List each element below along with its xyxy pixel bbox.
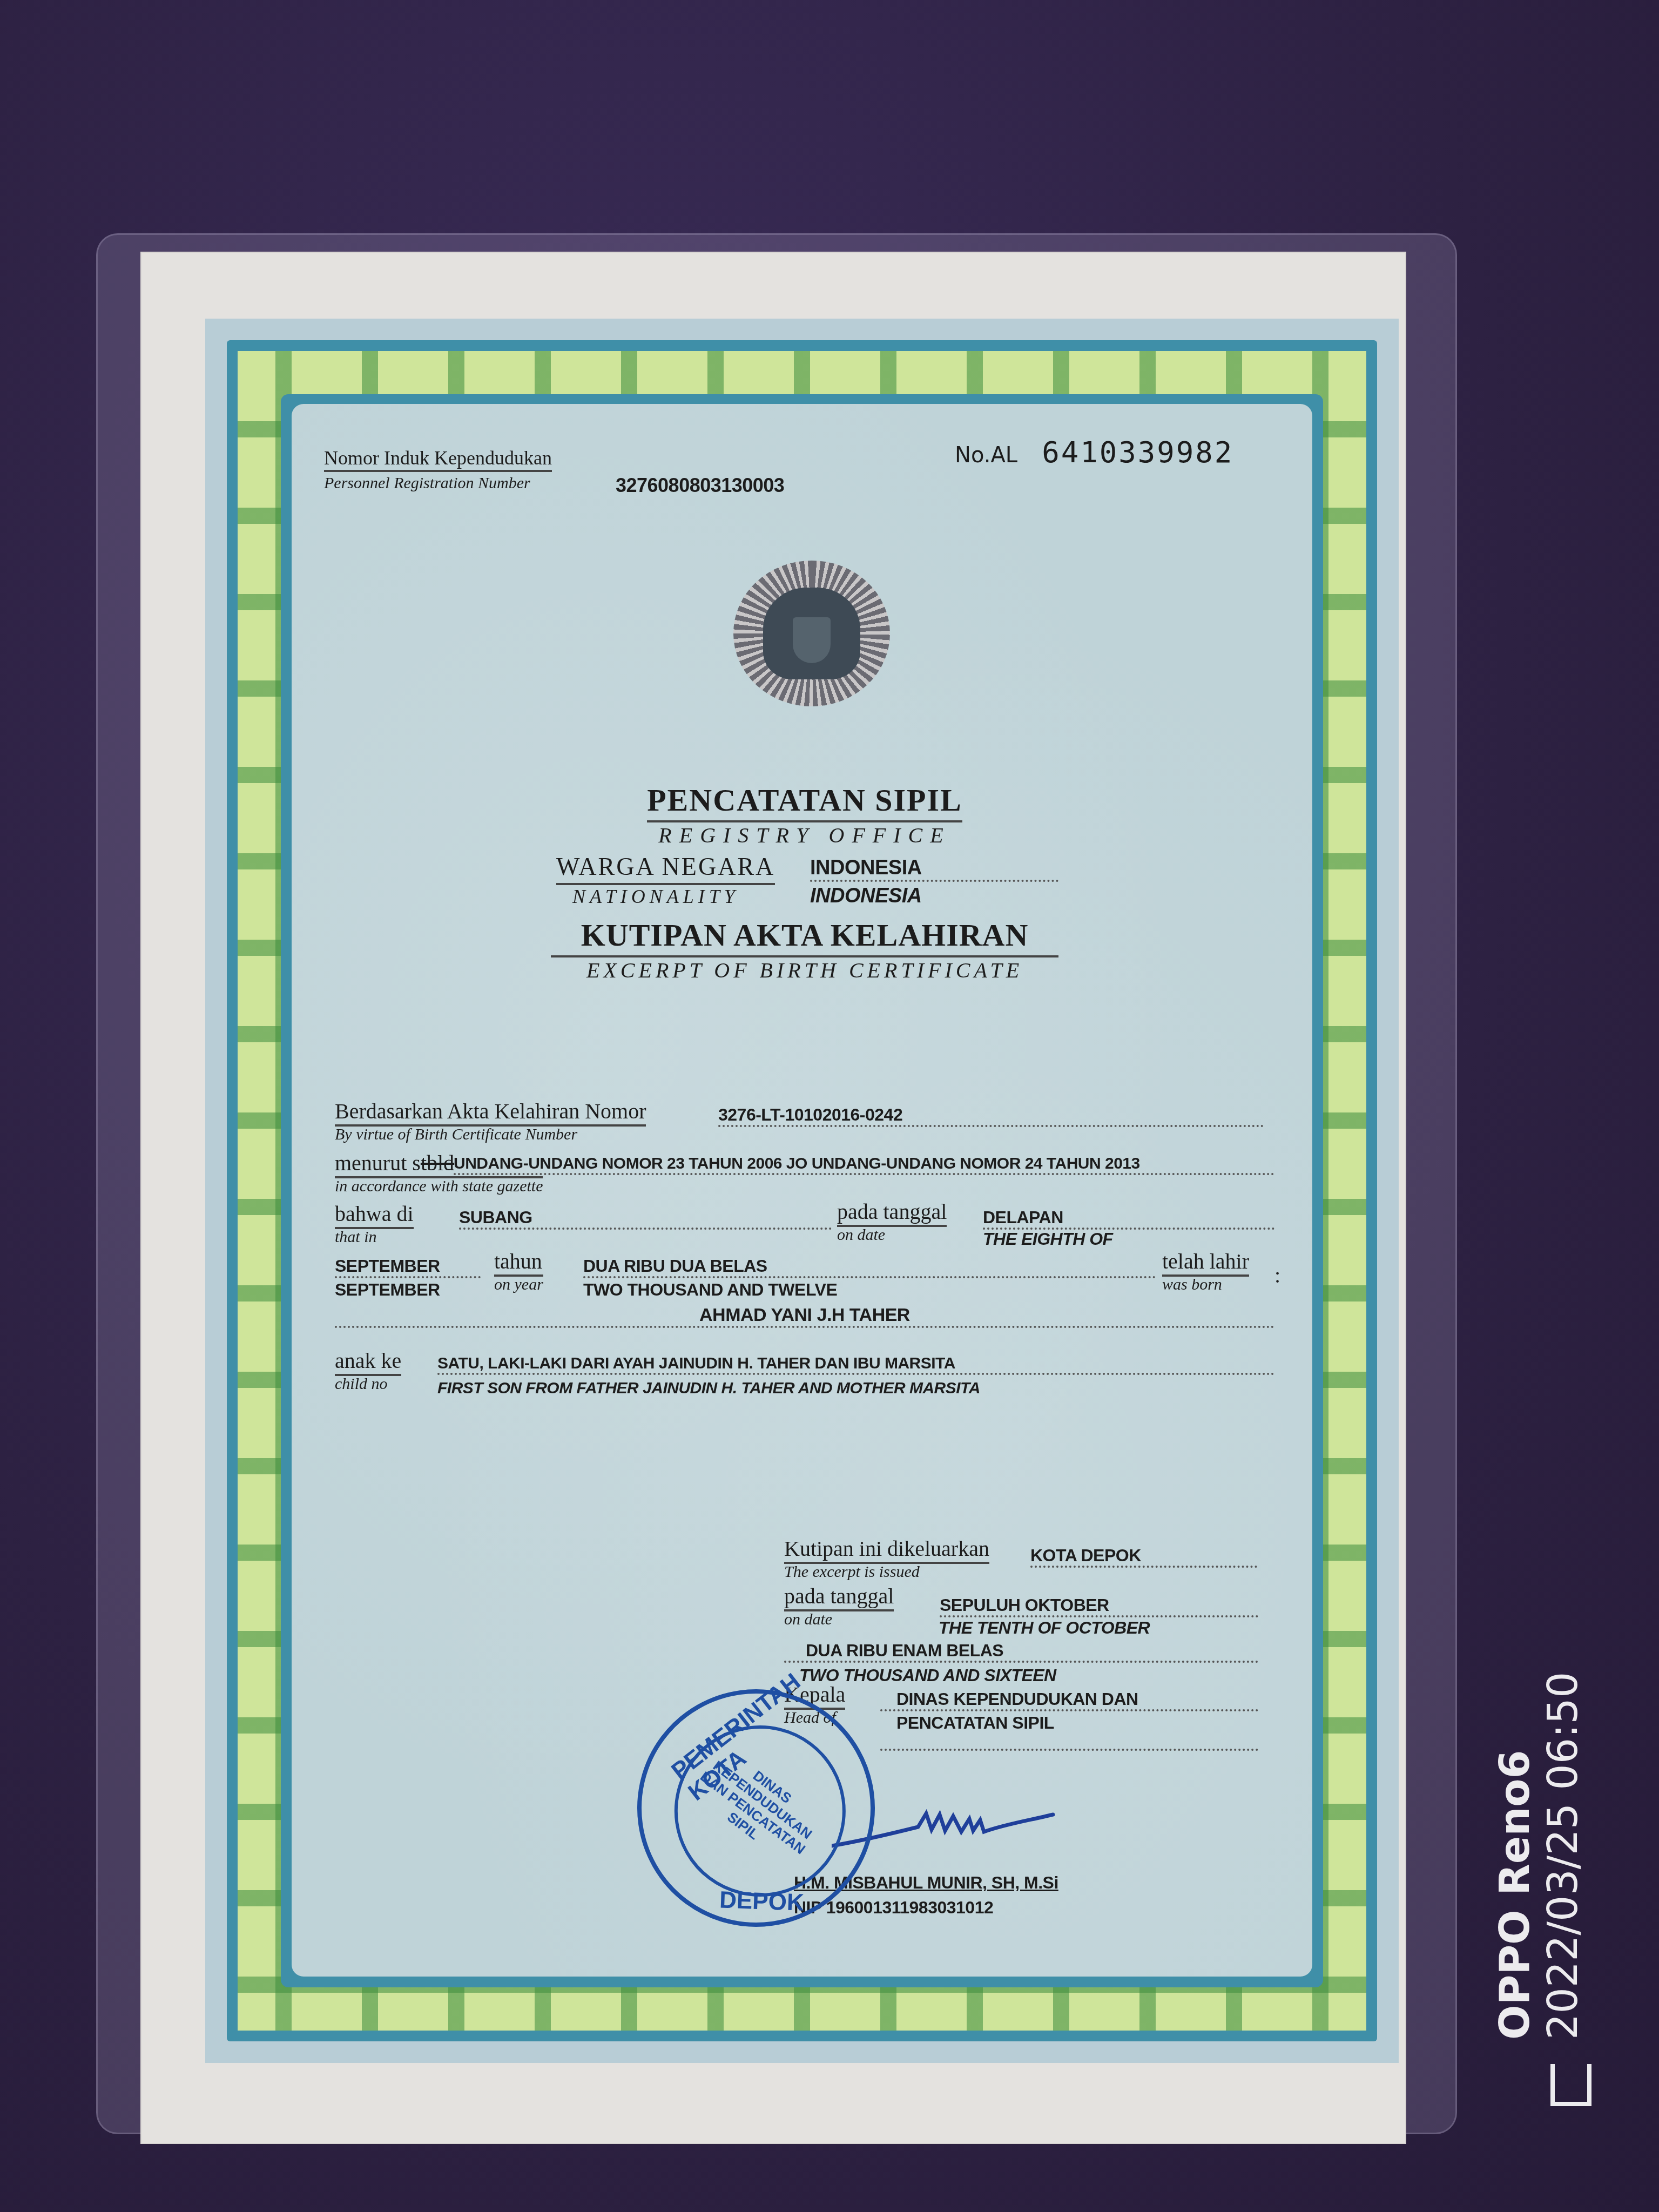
child-no-value-en: FIRST SON FROM FATHER JAINUDIN H. TAHER … bbox=[437, 1379, 980, 1398]
shield-shape bbox=[793, 617, 831, 663]
born-label-en: was born bbox=[1162, 1277, 1249, 1293]
registry-office-id: PENCATATAN SIPIL bbox=[647, 782, 962, 822]
nik-label-en: Personnel Registration Number bbox=[324, 475, 552, 491]
document-title: KUTIPAN AKTA KELAHIRAN EXCERPT OF BIRTH … bbox=[551, 917, 1058, 983]
year-label-en: on year bbox=[494, 1277, 543, 1293]
issued-date-en: THE TENTH OF OCTOBER bbox=[939, 1618, 1150, 1638]
issued-date-label-en: on date bbox=[784, 1611, 894, 1628]
camera-watermark: OPPO Reno6 2022/03/25 06:50 bbox=[1491, 1672, 1587, 2106]
serial-number: No.AL 6410339982 bbox=[955, 435, 1233, 469]
issued-place: KOTA DEPOK bbox=[1030, 1546, 1257, 1568]
child-no-value-id: SATU, LAKI-LAKI DARI AYAH JAINUDIN H. TA… bbox=[437, 1354, 1274, 1375]
camera-datetime: 2022/03/25 06:50 bbox=[1539, 1672, 1587, 2040]
child-no-label-id: anak ke bbox=[335, 1350, 401, 1376]
gazette-label-en: in accordance with state gazette bbox=[335, 1178, 543, 1195]
issued-label: Kutipan ini dikeluarkan The excerpt is i… bbox=[784, 1538, 989, 1580]
child-no-label: anak ke child no bbox=[335, 1350, 401, 1392]
serial-value: 6410339982 bbox=[1042, 435, 1233, 469]
nationality-label-en: NATIONALITY bbox=[572, 885, 775, 908]
born-label: telah lahir was born bbox=[1162, 1251, 1249, 1293]
issued-year-id: DUA RIBU ENAM BELAS bbox=[784, 1641, 1258, 1663]
month-value-id: SEPTEMBER bbox=[335, 1256, 481, 1278]
place-label: bahwa di that in bbox=[335, 1203, 414, 1245]
date-label-id: pada tanggal bbox=[837, 1201, 947, 1227]
title-en: EXCERPT OF BIRTH CERTIFICATE bbox=[551, 957, 1058, 983]
born-label-id: telah lahir bbox=[1162, 1251, 1249, 1277]
nationality-value-en: INDONESIA bbox=[810, 885, 922, 908]
issued-label-en: The excerpt is issued bbox=[784, 1564, 989, 1580]
registry-office-en: REGISTRY OFFICE bbox=[626, 822, 983, 848]
child-name: AHMAD YANI J.H TAHER bbox=[335, 1305, 1274, 1328]
serial-prefix: No.AL bbox=[955, 443, 1017, 468]
title-id: KUTIPAN AKTA KELAHIRAN bbox=[551, 917, 1058, 957]
date-value-en: THE EIGHTH OF bbox=[983, 1229, 1113, 1249]
stamp-outer-bottom-text: DEPOK bbox=[719, 1887, 804, 1917]
year-label: tahun on year bbox=[494, 1251, 543, 1293]
garuda-emblem-icon bbox=[733, 561, 890, 706]
issued-date-label-id: pada tanggal bbox=[784, 1586, 894, 1611]
place-label-en: that in bbox=[335, 1229, 414, 1245]
issued-date-id: SEPULUH OKTOBER bbox=[940, 1595, 1258, 1617]
date-label-en: on date bbox=[837, 1227, 947, 1243]
issued-date-label: pada tanggal on date bbox=[784, 1586, 894, 1628]
nationality-label: WARGA NEGARA NATIONALITY bbox=[556, 852, 775, 908]
cert-no-label-id: Berdasarkan Akta Kelahiran Nomor bbox=[335, 1101, 646, 1127]
camera-brand: OPPO Reno6 bbox=[1491, 1672, 1539, 2040]
month-value-en: SEPTEMBER bbox=[335, 1280, 440, 1300]
signature-line bbox=[880, 1749, 1258, 1751]
year-value-en: TWO THOUSAND AND TWELVE bbox=[583, 1280, 837, 1300]
place-label-id: bahwa di bbox=[335, 1203, 414, 1229]
head-office-line2: PENCATATAN SIPIL bbox=[896, 1713, 1054, 1733]
place-value: SUBANG bbox=[459, 1208, 832, 1230]
gazette-label-prefix: menurut s bbox=[335, 1151, 421, 1175]
gazette-value: UNDANG-UNDANG NOMOR 23 TAHUN 2006 JO UND… bbox=[454, 1155, 1274, 1175]
nik-label-id: Nomor Induk Kependudukan bbox=[324, 448, 552, 472]
cert-no-label-en: By virtue of Birth Certificate Number bbox=[335, 1127, 646, 1143]
nationality-label-id: WARGA NEGARA bbox=[556, 852, 775, 885]
year-value-id: DUA RIBU DUA BELAS bbox=[583, 1256, 1156, 1278]
head-office-line1: DINAS KEPENDUDUKAN DAN bbox=[880, 1689, 1258, 1711]
date-value-id: DELAPAN bbox=[983, 1208, 1274, 1230]
registry-office: PENCATATAN SIPIL REGISTRY OFFICE bbox=[626, 782, 983, 848]
gazette-label-struck: tbld bbox=[421, 1151, 454, 1175]
year-label-id: tahun bbox=[494, 1251, 543, 1277]
child-no-label-en: child no bbox=[335, 1376, 401, 1392]
nationality-value-id: INDONESIA bbox=[810, 857, 1058, 882]
nik-label: Nomor Induk Kependudukan Personnel Regis… bbox=[324, 448, 552, 491]
issued-label-id: Kutipan ini dikeluarkan bbox=[784, 1538, 989, 1564]
certificate-body: Nomor Induk Kependudukan Personnel Regis… bbox=[292, 404, 1312, 1977]
cert-no-value: 3276-LT-10102016-0242 bbox=[718, 1105, 1264, 1127]
date-label: pada tanggal on date bbox=[837, 1201, 947, 1243]
camera-frame-icon bbox=[1550, 2064, 1591, 2106]
nik-value: 3276080803130003 bbox=[616, 474, 784, 497]
cert-no-label: Berdasarkan Akta Kelahiran Nomor By virt… bbox=[335, 1101, 646, 1143]
born-colon: : bbox=[1274, 1263, 1280, 1288]
